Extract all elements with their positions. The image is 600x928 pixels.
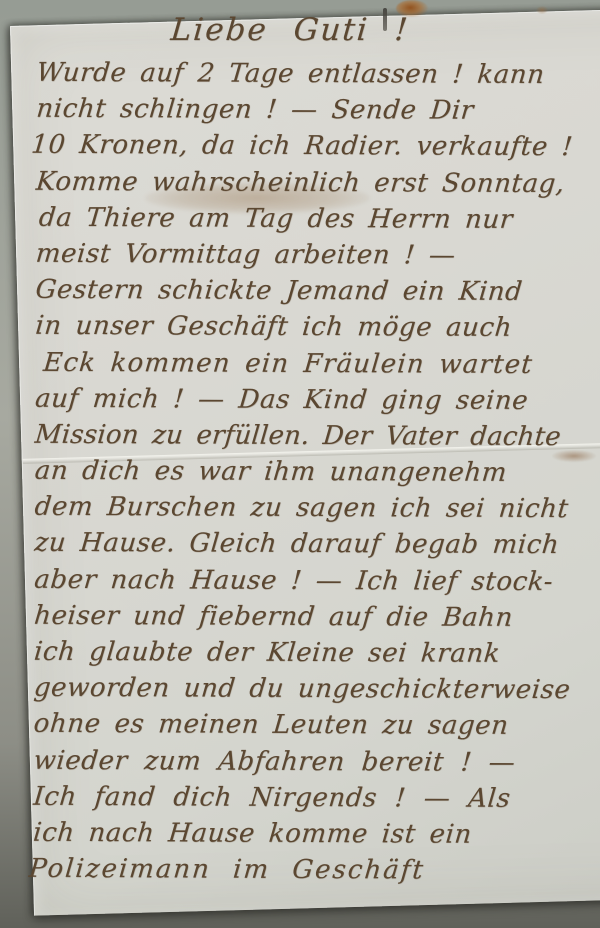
letter-line: in unser Geschäft ich möge auch [34, 311, 597, 350]
letter-line: Mission zu erfüllen. Der Vater dachte [33, 420, 596, 459]
letter-line: ich nach Hause komme ist ein [31, 818, 594, 857]
letter-line: heiser und fiebernd auf die Bahn [32, 601, 595, 640]
letter-line: ich glaubte der Kleine sei krank [32, 637, 595, 676]
letter-salutation: Liebe Guti ! [0, 12, 582, 48]
letter-content-overlay: Liebe Guti ! Wurde auf 2 Tage entlassen … [0, 0, 600, 928]
letter-line: nicht schlingen ! — Sende Dir [35, 94, 598, 133]
letter-line: 10 Kronen, da ich Radier. verkaufte ! [29, 130, 597, 169]
letter-line: Polizeimann im Geschäft [27, 854, 594, 893]
letter-line: an dich es war ihm unangenehm [33, 456, 596, 495]
letter-body: Wurde auf 2 Tage entlassen ! kann nicht … [31, 58, 595, 893]
letter-line: Gestern schickte Jemand ein Kind [34, 275, 597, 314]
letter-line: Komme wahrscheinlich erst Sonntag, [34, 166, 597, 205]
letter-line: zu Hause. Gleich darauf begab mich [33, 528, 596, 567]
letter-line: meist Vormittag arbeiten ! — [34, 239, 597, 278]
letter-line: wieder zum Abfahren bereit ! — [32, 745, 595, 784]
letter-line: ohne es meinen Leuten zu sagen [32, 709, 595, 748]
letter-line: Ich fand dich Nirgends ! — Als [32, 782, 595, 821]
letter-line: Eck kommen ein Fräulein wartet [41, 347, 596, 386]
letter-line: aber nach Hause ! — Ich lief stock- [32, 564, 595, 603]
letter-line: da Thiere am Tag des Herrn nur [37, 203, 597, 242]
letter-line: Wurde auf 2 Tage entlassen ! kann [35, 58, 598, 97]
photo-of-letter: Liebe Guti ! Wurde auf 2 Tage entlassen … [0, 0, 600, 928]
letter-line: geworden und du ungeschickterweise [32, 673, 595, 712]
letter-line: auf mich ! — Das Kind ging seine [33, 383, 596, 422]
letter-line: dem Burschen zu sagen ich sei nicht [33, 492, 596, 531]
